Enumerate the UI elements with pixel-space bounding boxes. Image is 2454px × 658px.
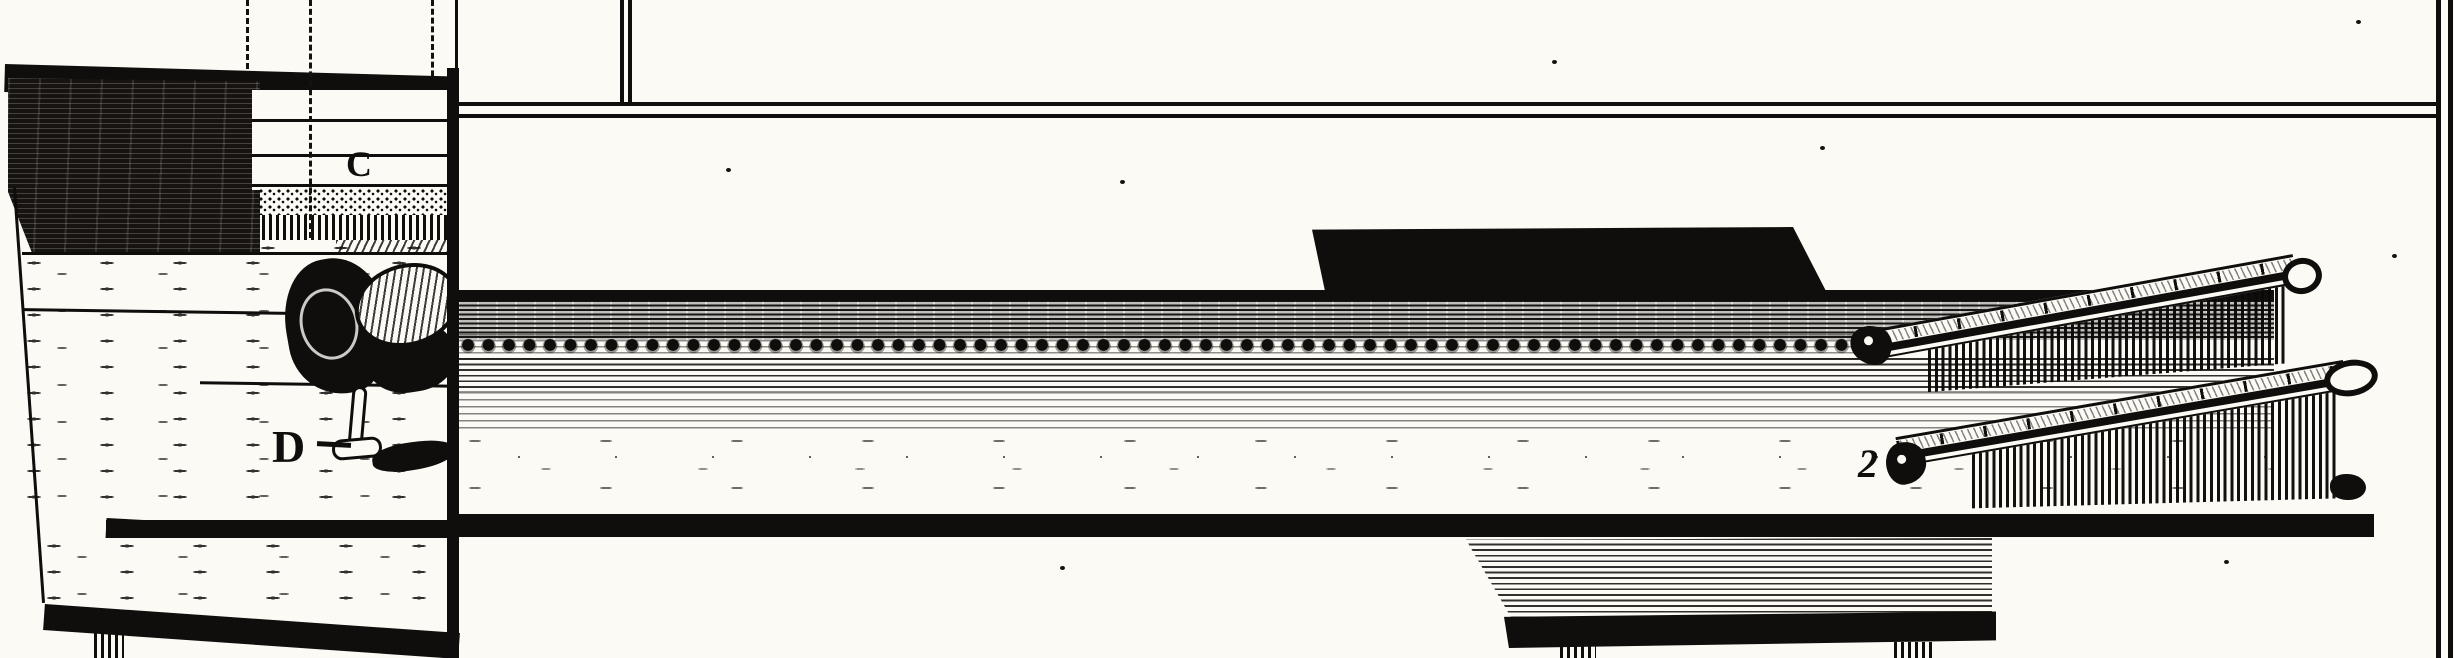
flyspeck [2392, 254, 2397, 258]
frame-rule-horizontal-2 [459, 114, 2439, 118]
lower-comb-shadow-blob [2330, 474, 2366, 500]
frame-rule-vertical-2 [628, 0, 632, 104]
roller-stipple-band [258, 188, 459, 215]
plate-border-right-inner [2436, 0, 2441, 658]
bench-dark-hatched-face [8, 78, 260, 256]
weight-block [1312, 227, 1827, 293]
beam-hook-row [458, 334, 1858, 360]
bench-lower-plank [42, 538, 459, 614]
bench-right-edge-bar [447, 68, 459, 658]
label-roller-band: C [346, 146, 372, 182]
label-lower-comb: 2 [1858, 444, 1878, 484]
plate-border-right-outer [2448, 0, 2453, 658]
table-leg-right [1894, 642, 1936, 658]
frame-rule-vertical-1 [620, 0, 624, 104]
flyspeck [1552, 60, 1557, 64]
bench-leg [94, 626, 124, 658]
guide-dashed-line-2 [309, 0, 312, 238]
engraving-plate: C D 2 [0, 0, 2454, 658]
flyspeck [1120, 180, 1125, 184]
side-table-top [1466, 538, 1992, 622]
label-crank-pin: D [272, 424, 305, 470]
flyspeck [2224, 560, 2229, 564]
roller-vertical-band [262, 215, 459, 240]
flyspeck [726, 168, 731, 172]
flyspeck [1820, 146, 1825, 150]
frame-rule-horizontal-1 [459, 102, 2439, 106]
flyspeck [2356, 20, 2361, 24]
flyspeck [1060, 566, 1065, 570]
